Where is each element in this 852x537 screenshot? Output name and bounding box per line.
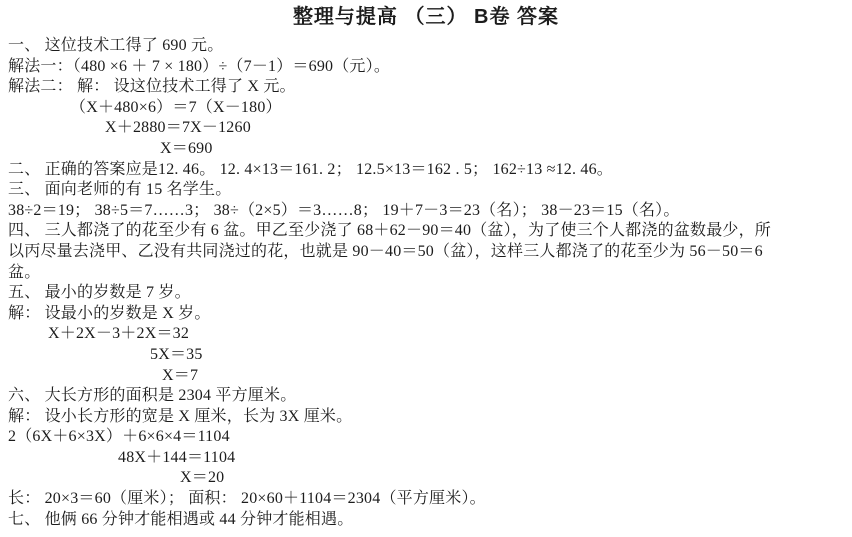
equation-6c: X＝20 — [0, 468, 852, 489]
document-body: 一、 这位技术工得了 690 元。 解法一：（480 ×6 ＋ 7 × 180）… — [0, 36, 852, 530]
page-title: 整理与提高 （三） B卷 答案 — [0, 4, 852, 30]
solution-6: 解： 设小长方形的宽是 X 厘米，长为 3X 厘米。 — [0, 407, 852, 428]
solution-1-method-2: 解法二： 解： 设这位技术工得了 X 元。 — [0, 77, 852, 98]
solution-6-result: 长： 20×3＝60（厘米）； 面积： 20×60＋1104＝2304（平方厘米… — [0, 489, 852, 510]
equation-1b: X＋2880＝7X－1260 — [0, 118, 852, 139]
answer-3: 三、 面向老师的有 15 名学生。 — [0, 180, 852, 201]
answer-4-line-1: 四、 三人都浇了的花至少有 6 盆。甲乙至少浇了 68＋62－90＝40（盆），… — [0, 221, 852, 242]
answer-7: 七、 他俩 66 分钟才能相遇或 44 分钟才能相遇。 — [0, 510, 852, 531]
answer-4-line-2: 以丙尽量去浇甲、乙没有共同浇过的花，也就是 90－40＝50（盆），这样三人都浇… — [0, 242, 852, 263]
solution-3: 38÷2＝19； 38÷5＝7……3； 38÷（2×5）＝3……8； 19＋7－… — [0, 201, 852, 222]
answer-6: 六、 大长方形的面积是 2304 平方厘米。 — [0, 386, 852, 407]
answer-sheet-page: 整理与提高 （三） B卷 答案 一、 这位技术工得了 690 元。 解法一：（4… — [0, 0, 852, 537]
solution-5: 解： 设最小的岁数是 X 岁。 — [0, 304, 852, 325]
equation-5a: X＋2X－3＋2X＝32 — [0, 324, 852, 345]
equation-5c: X＝7 — [0, 366, 852, 387]
answer-2: 二、 正确的答案应是12. 46。 12. 4×13＝161. 2； 12.5×… — [0, 160, 852, 181]
solution-1-method-1: 解法一：（480 ×6 ＋ 7 × 180）÷（7－1）＝690（元）。 — [0, 57, 852, 78]
answer-1: 一、 这位技术工得了 690 元。 — [0, 36, 852, 57]
equation-1c: X＝690 — [0, 139, 852, 160]
answer-5: 五、 最小的岁数是 7 岁。 — [0, 283, 852, 304]
equation-5b: 5X＝35 — [0, 345, 852, 366]
equation-6b: 48X＋144＝1104 — [0, 448, 852, 469]
answer-4-line-3: 盆。 — [0, 263, 852, 284]
equation-6a: 2（6X＋6×3X）＋6×6×4＝1104 — [0, 427, 852, 448]
equation-1a: （X＋480×6）＝7（X－180） — [0, 98, 852, 119]
